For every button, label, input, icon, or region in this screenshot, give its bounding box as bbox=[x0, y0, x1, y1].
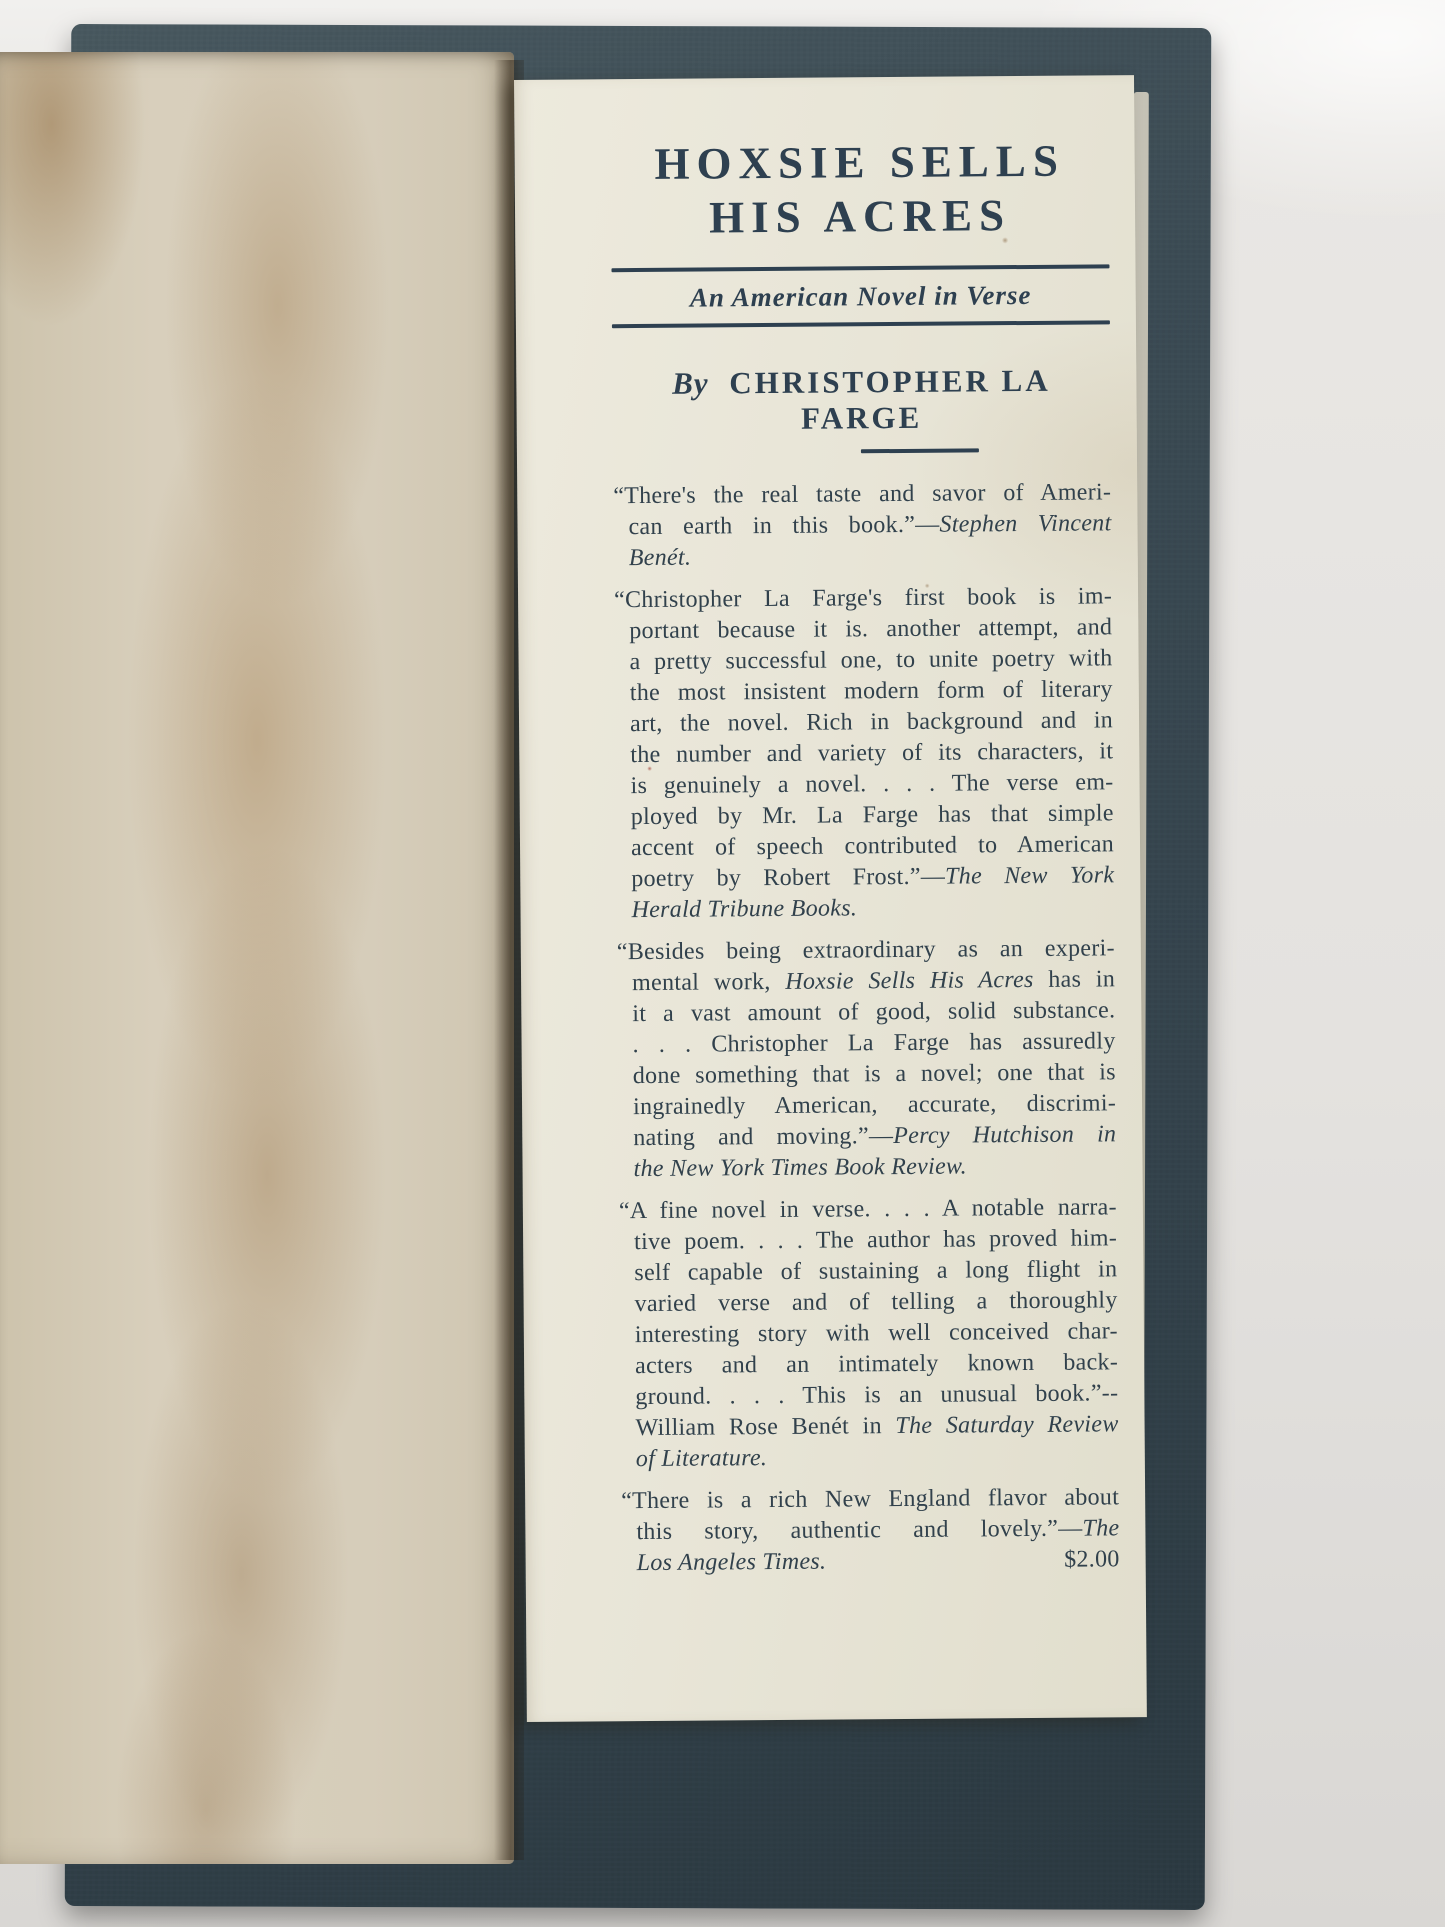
quote-line: Benét. bbox=[629, 539, 1112, 574]
quote-text: “Christopher La Farge's first book is im… bbox=[614, 583, 1112, 613]
line-left: Los Angeles Times. bbox=[637, 1547, 827, 1579]
quote-line: is genuinely a novel. . . . The verse em… bbox=[630, 767, 1113, 802]
quote-text: $2.00 bbox=[1064, 1546, 1120, 1572]
byline-rule bbox=[861, 448, 979, 453]
quote-line: William Rose Benét in The Saturday Revie… bbox=[635, 1409, 1118, 1444]
quote-line: the most insistent modern form of litera… bbox=[630, 674, 1113, 709]
quote-line: art, the novel. Rich in background and i… bbox=[630, 705, 1113, 740]
quote-line: self capable of sustaining a long flight… bbox=[634, 1254, 1117, 1289]
subtitle-rule-bottom bbox=[612, 320, 1110, 328]
quote-text: “Besides being extraordinary as an exper… bbox=[617, 935, 1115, 965]
quote-text: William Rose Benét in bbox=[635, 1413, 895, 1441]
quote-line: acters and an intimately known back- bbox=[635, 1347, 1118, 1382]
quote-text: . . . Christopher La Farge has assuredly bbox=[632, 1028, 1115, 1058]
quote-text: is genuinely a novel. . . . The verse em… bbox=[630, 769, 1113, 799]
quote-line: it a vast amount of good, solid substanc… bbox=[632, 995, 1115, 1030]
byline-by: By bbox=[672, 365, 709, 400]
quote-text: the New York Times Book Review. bbox=[633, 1153, 966, 1182]
quotes: “There's the real taste and savor of Ame… bbox=[613, 477, 1120, 1579]
quote-text: it a vast amount of good, solid substanc… bbox=[632, 997, 1115, 1027]
byline: By CHRISTOPHER LA FARGE bbox=[612, 362, 1111, 438]
quote-paragraph: “Besides being extraordinary as an exper… bbox=[617, 933, 1117, 1185]
quote-line: interesting story with well conceived ch… bbox=[635, 1316, 1118, 1351]
title-line-2: HIS ACRES bbox=[611, 187, 1109, 245]
quote-text: ployed by Mr. La Farge has that simple bbox=[631, 800, 1114, 830]
quote-line: “A fine novel in verse. . . . A notable … bbox=[634, 1192, 1117, 1227]
quote-text: art, the novel. Rich in background and i… bbox=[630, 707, 1113, 737]
quote-line: the New York Times Book Review. bbox=[633, 1150, 1116, 1185]
book-photo: HOXSIE SELLS HIS ACRES An American Novel… bbox=[0, 0, 1445, 1927]
quote-paragraph: “Christopher La Farge's first book is im… bbox=[614, 581, 1115, 926]
quote-text: “There's the real taste and savor of Ame… bbox=[613, 479, 1111, 509]
quote-line: the number and variety of its characters… bbox=[630, 736, 1113, 771]
quote-text: acters and an intimately known back- bbox=[635, 1349, 1118, 1379]
book-title: HOXSIE SELLS HIS ACRES bbox=[610, 133, 1109, 245]
quote-line: “Christopher La Farge's first book is im… bbox=[629, 581, 1112, 616]
quote-text: can earth in this book.”— bbox=[628, 512, 939, 540]
price: $2.00 bbox=[1064, 1544, 1120, 1575]
quote-line: “Besides being extraordinary as an exper… bbox=[632, 933, 1115, 968]
quote-text: done something that is a novel; one that… bbox=[633, 1059, 1116, 1089]
quote-text: The bbox=[1082, 1515, 1119, 1541]
quote-text: mental work, bbox=[632, 969, 785, 996]
quote-line: can earth in this book.”—Stephen Vincent bbox=[628, 508, 1111, 543]
dust-jacket-flap: HOXSIE SELLS HIS ACRES An American Novel… bbox=[514, 75, 1147, 1722]
quote-text: a pretty successful one, to unite poetry… bbox=[629, 645, 1112, 675]
quote-text: varied verse and of telling a thoroughly bbox=[635, 1287, 1118, 1317]
quote-line: this story, authentic and lovely.”—The bbox=[636, 1513, 1119, 1548]
quote-text: “There is a rich New England flavor abou… bbox=[621, 1484, 1119, 1514]
quote-text: tive poem. . . . The author has proved h… bbox=[634, 1225, 1117, 1255]
quote-line: portant because it is. another attempt, … bbox=[629, 612, 1112, 647]
quote-text: self capable of sustaining a long flight… bbox=[634, 1256, 1117, 1286]
quote-line: a pretty successful one, to unite poetry… bbox=[629, 643, 1112, 678]
quote-line: Los Angeles Times.$2.00 bbox=[637, 1544, 1120, 1579]
title-line-1: HOXSIE SELLS bbox=[610, 133, 1108, 191]
quote-paragraph: “A fine novel in verse. . . . A notable … bbox=[619, 1192, 1119, 1475]
quote-line: done something that is a novel; one that… bbox=[633, 1057, 1116, 1092]
left-endpaper bbox=[0, 52, 514, 1864]
quote-text: interesting story with well conceived ch… bbox=[635, 1318, 1118, 1348]
quote-text: Los Angeles Times. bbox=[637, 1549, 827, 1576]
quote-line: ground. . . . This is an unusual book.”-… bbox=[635, 1378, 1118, 1413]
quote-line: ployed by Mr. La Farge has that simple bbox=[631, 798, 1114, 833]
quote-line: poetry by Robert Frost.”—The New York bbox=[631, 860, 1114, 895]
quote-text: Percy Hutchison in bbox=[893, 1121, 1116, 1149]
quote-text: of Literature. bbox=[636, 1445, 768, 1472]
quote-text: the most insistent modern form of litera… bbox=[630, 676, 1113, 706]
quote-text: accent of speech contributed to American bbox=[631, 831, 1114, 861]
quote-line: “There is a rich New England flavor abou… bbox=[636, 1482, 1119, 1517]
quote-text: this story, authentic and lovely.”— bbox=[636, 1516, 1082, 1546]
quote-text: Benét. bbox=[629, 545, 692, 571]
byline-author: CHRISTOPHER LA FARGE bbox=[729, 363, 1051, 436]
quote-text: ingrainedly American, accurate, discrimi… bbox=[633, 1090, 1116, 1120]
quote-text: has in bbox=[1034, 966, 1116, 993]
quote-text: Herald Tribune Books. bbox=[631, 895, 857, 923]
quote-text: Stephen Vincent bbox=[939, 510, 1111, 537]
quote-line: ingrainedly American, accurate, discrimi… bbox=[633, 1088, 1116, 1123]
quote-line: “There's the real taste and savor of Ame… bbox=[628, 477, 1111, 512]
subtitle-rule-top bbox=[611, 264, 1109, 272]
quote-line: tive poem. . . . The author has proved h… bbox=[634, 1223, 1117, 1258]
quote-paragraph: “There's the real taste and savor of Ame… bbox=[613, 477, 1112, 574]
quote-text: “A fine novel in verse. . . . A notable … bbox=[619, 1194, 1117, 1224]
quote-text: The New York bbox=[945, 862, 1114, 889]
flap-content: HOXSIE SELLS HIS ACRES An American Novel… bbox=[514, 75, 1146, 1580]
quote-line: . . . Christopher La Farge has assuredly bbox=[632, 1026, 1115, 1061]
book-subtitle: An American Novel in Verse bbox=[612, 277, 1110, 315]
quote-text: The Saturday Review bbox=[895, 1411, 1118, 1439]
quote-text: ground. . . . This is an unusual book.”-… bbox=[635, 1380, 1118, 1410]
quote-text: portant because it is. another attempt, … bbox=[629, 614, 1112, 644]
quote-line: accent of speech contributed to American bbox=[631, 829, 1114, 864]
quote-line: Herald Tribune Books. bbox=[631, 891, 1114, 926]
quote-paragraph: “There is a rich New England flavor abou… bbox=[621, 1482, 1120, 1579]
quote-text: poetry by Robert Frost.”— bbox=[631, 864, 945, 892]
quote-line: varied verse and of telling a thoroughly bbox=[634, 1285, 1117, 1320]
quote-text: nating and moving.”— bbox=[633, 1123, 893, 1151]
quote-line: nating and moving.”—Percy Hutchison in bbox=[633, 1119, 1116, 1154]
quote-line: of Literature. bbox=[636, 1440, 1119, 1475]
quote-text: the number and variety of its characters… bbox=[630, 738, 1113, 768]
quote-text: Hoxsie Sells His Acres bbox=[785, 967, 1033, 995]
quote-line: mental work, Hoxsie Sells His Acres has … bbox=[632, 964, 1115, 999]
